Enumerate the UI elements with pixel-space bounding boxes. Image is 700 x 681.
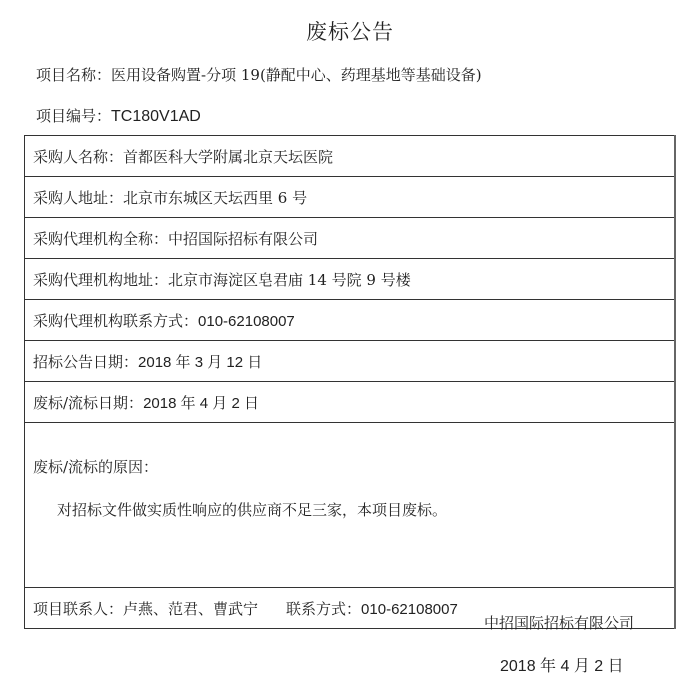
contact-phone-value: 010-62108007 [361,601,458,618]
table-cell: 采购人名称：首都医科大学附属北京天坛医院 [25,136,676,177]
table-cell: 招标公告日期：2018 年 3 月 12 日 [25,341,676,382]
footer-date-value: 2018 年 4 月 2 日 [500,658,624,675]
contact-persons-label: 项目联系人： [33,600,123,618]
table-cell: 采购代理机构全称：中招国际招标有限公司 [25,218,676,259]
table-cell: 废标/流标日期：2018 年 4 月 2 日 [25,382,676,423]
purchaser-address-label: 采购人地址： [33,189,123,207]
footer-organization: 中招国际招标有限公司 [484,612,634,633]
table-row-cancellation-date: 废标/流标日期：2018 年 4 月 2 日 [25,382,676,423]
purchaser-name-value: 首都医科大学附属北京天坛医院 [123,148,333,166]
footer-date: 2018 年 4 月 2 日 [500,653,624,676]
agency-contact-value: 010-62108007 [198,313,295,330]
project-number-label: 项目编号： [36,107,111,125]
table-row-agency-name: 采购代理机构全称：中招国际招标有限公司 [25,218,676,259]
table-row-agency-address: 采购代理机构地址：北京市海淀区皂君庙 14 号院 9 号楼 [25,259,676,300]
table-row-purchaser-address: 采购人地址：北京市东城区天坛西里 6 号 [25,177,676,218]
cancellation-date-label: 废标/流标日期： [33,394,143,412]
cancellation-date-value: 2018 年 4 月 2 日 [143,395,259,412]
contact-persons-value: 卢燕、范君、曹武宁 [123,600,258,618]
table-row-tender-announcement-date: 招标公告日期：2018 年 3 月 12 日 [25,341,676,382]
purchaser-name-label: 采购人名称： [33,148,123,166]
tender-date-label: 招标公告日期： [33,353,138,371]
reason-label: 废标/流标的原因： [33,456,674,477]
agency-address-value: 北京市海淀区皂君庙 14 号院 9 号楼 [168,271,411,289]
project-name-value: 医用设备购置-分项 19(静配中心、药理基地等基础设备) [111,66,482,84]
agency-address-label: 采购代理机构地址： [33,271,168,289]
table-cell: 采购代理机构地址：北京市海淀区皂君庙 14 号院 9 号楼 [25,259,676,300]
table-cell: 采购人地址：北京市东城区天坛西里 6 号 [25,177,676,218]
agency-contact-label: 采购代理机构联系方式： [33,312,198,330]
purchaser-address-value: 北京市东城区天坛西里 6 号 [123,189,307,207]
table-cell: 采购代理机构联系方式：010-62108007 [25,300,676,341]
table-row-purchaser-name: 采购人名称：首都医科大学附属北京天坛医院 [25,136,676,177]
agency-name-value: 中招国际招标有限公司 [168,230,318,248]
project-name-label: 项目名称： [36,66,111,84]
reason-text: 对招标文件做实质性响应的供应商不足三家，本项目废标。 [33,499,674,520]
table-row-agency-contact: 采购代理机构联系方式：010-62108007 [25,300,676,341]
project-number-value: TC180V1AD [111,108,201,125]
tender-date-value: 2018 年 3 月 12 日 [138,354,262,371]
contact-phone-label: 联系方式： [286,600,361,618]
document-title: 废标公告 [0,16,700,46]
project-number-line: 项目编号：TC180V1AD [36,105,201,126]
table-row-cancellation-reason: 废标/流标的原因： 对招标文件做实质性响应的供应商不足三家，本项目废标。 [25,423,676,588]
announcement-info-table: 采购人名称：首都医科大学附属北京天坛医院 采购人地址：北京市东城区天坛西里 6 … [24,135,676,629]
table-cell: 废标/流标的原因： 对招标文件做实质性响应的供应商不足三家，本项目废标。 [25,423,676,588]
project-name-line: 项目名称：医用设备购置-分项 19(静配中心、药理基地等基础设备) [36,64,482,85]
agency-name-label: 采购代理机构全称： [33,230,168,248]
